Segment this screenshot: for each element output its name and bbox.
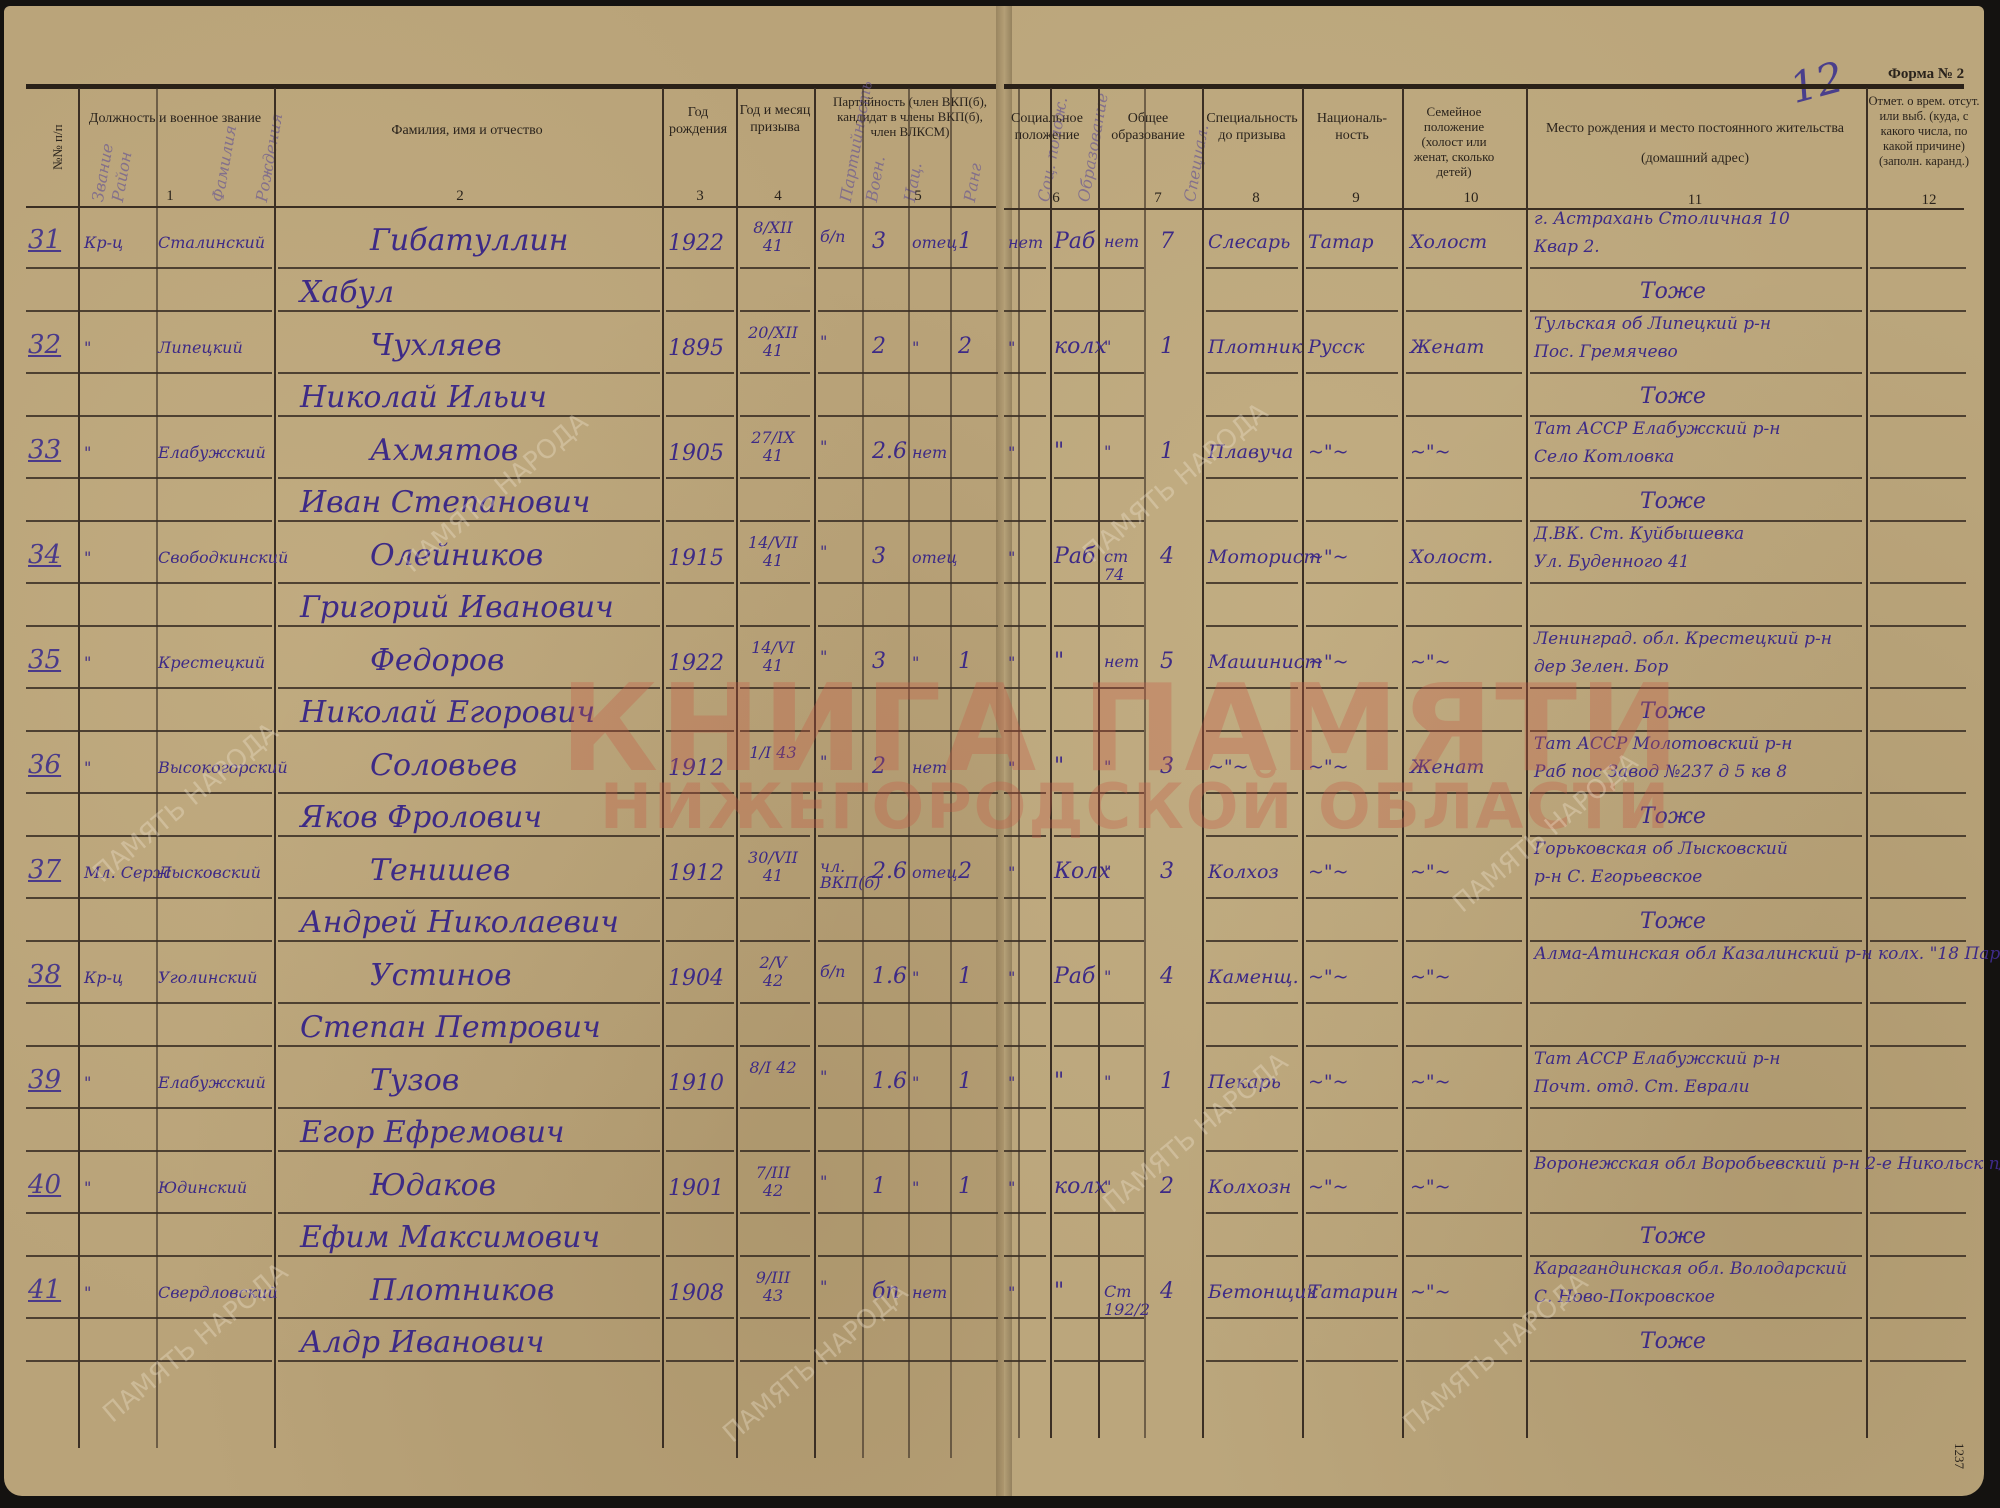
party-detail: 1 bbox=[958, 964, 972, 989]
specialty: Колхозн bbox=[1208, 1176, 1291, 1198]
row-line bbox=[278, 1317, 660, 1319]
row-number: 41 bbox=[28, 1275, 61, 1305]
row-line bbox=[1406, 267, 1522, 269]
row-line bbox=[1054, 267, 1144, 269]
row-line bbox=[82, 835, 272, 837]
row-line bbox=[1306, 372, 1398, 374]
conscription-date: 30/VII 41 bbox=[748, 849, 798, 885]
specialty: Слесарь bbox=[1208, 231, 1290, 253]
row-line bbox=[1530, 1317, 1862, 1319]
row-line bbox=[26, 1360, 82, 1362]
row-number: 34 bbox=[28, 540, 61, 570]
surname: Плотников bbox=[370, 1273, 554, 1308]
nationality: ~"~ bbox=[1308, 546, 1349, 568]
row-line bbox=[1206, 372, 1298, 374]
birth-year: 1915 bbox=[668, 546, 724, 571]
row-line bbox=[1054, 415, 1144, 417]
row-line bbox=[740, 520, 810, 522]
nationality: Русск bbox=[1308, 336, 1364, 358]
address-line: Почт. отд. Ст. Еврали bbox=[1534, 1077, 1750, 1097]
birth-year: 1895 bbox=[668, 336, 724, 361]
address-note: Тоже bbox=[1640, 279, 1706, 304]
row-line bbox=[1306, 310, 1398, 312]
row-line bbox=[740, 1045, 810, 1047]
social-status: " bbox=[1054, 1069, 1064, 1094]
birth-year: 1905 bbox=[668, 441, 724, 466]
address-line: Пос. Гремячево bbox=[1534, 342, 1678, 362]
row-line bbox=[1054, 1002, 1144, 1004]
address-line: Село Котловка bbox=[1534, 447, 1674, 467]
given-name: Егор Ефремович bbox=[300, 1115, 565, 1150]
address-line: Квар 2. bbox=[1534, 237, 1600, 257]
row-line bbox=[818, 1212, 998, 1214]
family-status: ~"~ bbox=[1410, 861, 1451, 883]
surname: Юдаков bbox=[370, 1168, 496, 1203]
family-status: ~"~ bbox=[1410, 1281, 1451, 1303]
given-name: Андрей Николаевич bbox=[300, 905, 619, 940]
rank: " bbox=[84, 548, 91, 567]
address-line: Тат АССР Елабужский р-н bbox=[1534, 1049, 1780, 1069]
social-status: " bbox=[1054, 1279, 1064, 1304]
row-line bbox=[278, 1002, 660, 1004]
row-line bbox=[1870, 625, 1966, 627]
row-line bbox=[1004, 625, 1046, 627]
col-number: 10 bbox=[1456, 190, 1486, 207]
social-status: колх bbox=[1054, 334, 1107, 359]
education: 1 bbox=[1160, 334, 1174, 359]
social-prefix: " bbox=[1008, 1283, 1015, 1302]
row-line bbox=[1406, 1212, 1522, 1214]
header-bottom-rule-right bbox=[1004, 208, 1964, 210]
row-line bbox=[818, 1045, 998, 1047]
social-prefix: " bbox=[1008, 863, 1015, 882]
row-line bbox=[666, 310, 734, 312]
specialty: Плотник bbox=[1208, 336, 1302, 358]
col-number: 12 bbox=[1914, 192, 1944, 209]
district: Елабужский bbox=[158, 1073, 266, 1092]
surname: Чухляев bbox=[370, 328, 502, 363]
row-line bbox=[666, 940, 734, 942]
row-line bbox=[1530, 1212, 1862, 1214]
nationality: Татарин bbox=[1308, 1281, 1398, 1303]
row-line bbox=[1870, 582, 1966, 584]
row-line bbox=[82, 310, 272, 312]
nationality: Татар bbox=[1308, 231, 1374, 253]
rank: " bbox=[84, 1283, 91, 1302]
address-note: Тоже bbox=[1640, 489, 1706, 514]
row-line bbox=[278, 477, 660, 479]
row-line bbox=[666, 1212, 734, 1214]
row-line bbox=[26, 625, 82, 627]
row-line bbox=[26, 477, 82, 479]
row-line bbox=[278, 582, 660, 584]
row-line bbox=[1306, 1150, 1398, 1152]
address-line: Алма-Атинская обл Казалинский р-н колх. … bbox=[1534, 944, 2000, 964]
row-line bbox=[82, 520, 272, 522]
row-line bbox=[26, 267, 82, 269]
header-col-num: №№ п/п bbox=[50, 124, 66, 170]
district: Липецкий bbox=[158, 338, 243, 357]
row-line bbox=[666, 1107, 734, 1109]
given-name: Степан Петрович bbox=[300, 1010, 601, 1045]
row-line bbox=[1004, 310, 1046, 312]
row-line bbox=[1870, 1360, 1966, 1362]
row-line bbox=[1054, 1212, 1144, 1214]
col-number: 1 bbox=[160, 188, 180, 205]
party: б/п bbox=[820, 964, 860, 980]
row-line bbox=[818, 897, 998, 899]
row-line bbox=[1530, 1150, 1862, 1152]
row-number: 37 bbox=[28, 855, 61, 885]
row-line bbox=[818, 1107, 998, 1109]
row-line bbox=[82, 477, 272, 479]
party-detail: 1.6 bbox=[872, 964, 907, 989]
row-line bbox=[26, 310, 82, 312]
row-line bbox=[666, 625, 734, 627]
party-detail: 1 bbox=[958, 229, 972, 254]
row-line bbox=[82, 1107, 272, 1109]
col-number: 9 bbox=[1346, 190, 1366, 207]
row-line bbox=[1406, 415, 1522, 417]
header-col3: Год рождения bbox=[662, 104, 734, 138]
row-line bbox=[26, 1045, 82, 1047]
row-line bbox=[1054, 372, 1144, 374]
row-line bbox=[818, 310, 998, 312]
given-name: Ефим Максимович bbox=[300, 1220, 600, 1255]
row-line bbox=[740, 310, 810, 312]
row-line bbox=[1530, 897, 1862, 899]
social-prefix: " bbox=[1008, 1178, 1015, 1197]
rank: " bbox=[84, 758, 91, 777]
surname: Тенишев bbox=[370, 853, 510, 888]
row-line bbox=[26, 687, 82, 689]
row-line bbox=[1870, 687, 1966, 689]
row-number: 39 bbox=[28, 1065, 61, 1095]
row-number: 35 bbox=[28, 645, 61, 675]
col-number: 11 bbox=[1680, 192, 1710, 209]
address-line: р-н С. Егорьевское bbox=[1534, 867, 1702, 887]
row-line bbox=[1870, 415, 1966, 417]
rank: " bbox=[84, 1073, 91, 1092]
row-line bbox=[818, 372, 998, 374]
party-detail: 2 bbox=[958, 334, 972, 359]
row-line bbox=[818, 477, 998, 479]
row-line bbox=[1054, 1150, 1144, 1152]
row-line bbox=[1306, 940, 1398, 942]
row-line bbox=[1306, 582, 1398, 584]
row-line bbox=[26, 730, 82, 732]
row-line bbox=[1004, 477, 1046, 479]
form-title: Форма № 2 bbox=[1888, 66, 1964, 83]
row-line bbox=[740, 625, 810, 627]
row-line bbox=[666, 415, 734, 417]
rank: Кр-ц bbox=[84, 968, 123, 987]
rank: " bbox=[84, 338, 91, 357]
row-line bbox=[1870, 1045, 1966, 1047]
family-status: Холост bbox=[1410, 231, 1487, 253]
conscription-date: 14/VII 41 bbox=[748, 534, 798, 570]
party-detail: 2.6 bbox=[872, 439, 907, 464]
rank: " bbox=[84, 653, 91, 672]
row-line bbox=[278, 267, 660, 269]
row-line bbox=[1004, 940, 1046, 942]
surname: Соловьев bbox=[370, 748, 517, 783]
surname: Устинов bbox=[370, 958, 512, 993]
party-detail: отец bbox=[912, 548, 957, 567]
row-line bbox=[26, 1107, 82, 1109]
party-detail: 2 bbox=[958, 859, 972, 884]
header-top-rule-right bbox=[1004, 84, 1964, 89]
row-line bbox=[666, 1360, 734, 1362]
row-line bbox=[1004, 582, 1046, 584]
surname: Тузов bbox=[370, 1063, 459, 1098]
address-line: Д.ВК. Ст. Куйбышевка bbox=[1534, 524, 1744, 544]
party-detail: 3 bbox=[872, 229, 886, 254]
birth-year: 1922 bbox=[668, 231, 724, 256]
given-name: Николай Егорович bbox=[300, 695, 595, 730]
birth-year: 1904 bbox=[668, 966, 724, 991]
district: Юдинский bbox=[158, 1178, 247, 1197]
row-line bbox=[26, 940, 82, 942]
row-line bbox=[1870, 835, 1966, 837]
address-note: Тоже bbox=[1640, 1224, 1706, 1249]
col-number: 3 bbox=[690, 188, 710, 205]
social-status: Раб bbox=[1054, 229, 1095, 254]
party-detail: " bbox=[912, 338, 919, 357]
row-line bbox=[278, 1107, 660, 1109]
row-line bbox=[1530, 582, 1862, 584]
row-line bbox=[1870, 1255, 1966, 1257]
row-line bbox=[1004, 1107, 1046, 1109]
family-status: Холост. bbox=[1410, 546, 1493, 568]
row-line bbox=[1004, 520, 1046, 522]
address-line: Ленинград. обл. Крестецкий р-н bbox=[1534, 629, 1832, 649]
row-line bbox=[1306, 1255, 1398, 1257]
birth-year: 1912 bbox=[668, 861, 724, 886]
family-status: ~"~ bbox=[1410, 1071, 1451, 1093]
row-line bbox=[278, 1360, 660, 1362]
row-line bbox=[1870, 477, 1966, 479]
header-col11: Место рождения и место постоянного жител… bbox=[1540, 114, 1850, 174]
education-prefix: " bbox=[1104, 443, 1140, 461]
row-line bbox=[1530, 1360, 1862, 1362]
row-number: 32 bbox=[28, 330, 61, 360]
row-line bbox=[818, 940, 998, 942]
row-line bbox=[1406, 372, 1522, 374]
specialty: Бетонщик bbox=[1208, 1281, 1318, 1303]
district: Уголинский bbox=[158, 968, 257, 987]
col-number: 4 bbox=[768, 188, 788, 205]
row-line bbox=[1530, 1045, 1862, 1047]
family-status: ~"~ bbox=[1410, 966, 1451, 988]
nationality: ~"~ bbox=[1308, 1176, 1349, 1198]
row-line bbox=[82, 372, 272, 374]
row-number: 40 bbox=[28, 1170, 61, 1200]
row-line bbox=[1530, 415, 1862, 417]
row-line bbox=[1004, 897, 1046, 899]
party-detail: " bbox=[912, 968, 919, 987]
row-line bbox=[26, 1150, 82, 1152]
row-line bbox=[666, 1255, 734, 1257]
row-line bbox=[26, 582, 82, 584]
row-line bbox=[1306, 1360, 1398, 1362]
rank: " bbox=[84, 443, 91, 462]
header-bottom-rule bbox=[26, 206, 996, 208]
row-line bbox=[26, 1317, 82, 1319]
row-line bbox=[1530, 1255, 1862, 1257]
row-line bbox=[82, 415, 272, 417]
surname: Федоров bbox=[370, 643, 504, 678]
row-line bbox=[1206, 1255, 1298, 1257]
header-col8: Специальность до призыва bbox=[1204, 110, 1300, 144]
row-line bbox=[1870, 1212, 1966, 1214]
row-line bbox=[740, 477, 810, 479]
row-line bbox=[1054, 940, 1144, 942]
row-line bbox=[1206, 267, 1298, 269]
row-line bbox=[818, 1360, 998, 1362]
row-line bbox=[82, 1212, 272, 1214]
row-line bbox=[740, 582, 810, 584]
row-line bbox=[740, 1255, 810, 1257]
col-number: 7 bbox=[1148, 190, 1168, 207]
row-line bbox=[740, 940, 810, 942]
row-line bbox=[1870, 372, 1966, 374]
row-line bbox=[1870, 1107, 1966, 1109]
row-line bbox=[1206, 310, 1298, 312]
row-line bbox=[278, 940, 660, 942]
row-line bbox=[818, 1002, 998, 1004]
header-col7: Общее образование bbox=[1100, 110, 1196, 144]
district: Сталинский bbox=[158, 233, 265, 252]
social-prefix: " bbox=[1008, 338, 1015, 357]
row-line bbox=[26, 415, 82, 417]
row-line bbox=[1306, 897, 1398, 899]
header-top-rule bbox=[26, 84, 996, 89]
row-line bbox=[1004, 1212, 1046, 1214]
row-line bbox=[82, 940, 272, 942]
row-line bbox=[1530, 940, 1862, 942]
party-detail: 1 bbox=[958, 1174, 972, 1199]
conscription-date: 8/XII 41 bbox=[748, 219, 798, 255]
row-line bbox=[278, 897, 660, 899]
row-number: 31 bbox=[28, 225, 61, 255]
row-line bbox=[1054, 1255, 1144, 1257]
address-line: Тульская об Липецкий р-н bbox=[1534, 314, 1771, 334]
row-line bbox=[818, 520, 998, 522]
district: Лысковский bbox=[158, 863, 261, 882]
row-line bbox=[1870, 310, 1966, 312]
row-line bbox=[1870, 730, 1966, 732]
row-line bbox=[82, 1255, 272, 1257]
row-line bbox=[1870, 940, 1966, 942]
row-line bbox=[818, 415, 998, 417]
row-line bbox=[666, 1150, 734, 1152]
row-line bbox=[1306, 520, 1398, 522]
row-line bbox=[1206, 1045, 1298, 1047]
row-line bbox=[1406, 582, 1522, 584]
education: 4 bbox=[1160, 544, 1174, 569]
row-number: 38 bbox=[28, 960, 61, 990]
row-line bbox=[1206, 897, 1298, 899]
row-line bbox=[1206, 520, 1298, 522]
row-line bbox=[1004, 1150, 1046, 1152]
row-line bbox=[818, 1150, 998, 1152]
rank: " bbox=[84, 1178, 91, 1197]
row-line bbox=[26, 1002, 82, 1004]
row-line bbox=[1004, 1317, 1046, 1319]
row-line bbox=[278, 1255, 660, 1257]
watermark-subtitle: НИЖЕГОРОДСКОЙ ОБЛАСТИ bbox=[600, 770, 1671, 843]
header-col1: Должность и военное звание bbox=[80, 110, 270, 127]
education: 7 bbox=[1160, 229, 1174, 254]
row-line bbox=[1306, 1107, 1398, 1109]
row-line bbox=[82, 897, 272, 899]
col-number: 8 bbox=[1246, 190, 1266, 207]
row-line bbox=[278, 310, 660, 312]
row-line bbox=[1054, 625, 1144, 627]
header-col12: Отмет. о врем. отсут. или выб. (куда, с … bbox=[1868, 94, 1980, 169]
social-status: Колх bbox=[1054, 859, 1111, 884]
row-line bbox=[666, 897, 734, 899]
row-line bbox=[26, 372, 82, 374]
row-line bbox=[1530, 1107, 1862, 1109]
education-prefix: нет bbox=[1104, 233, 1140, 251]
row-line bbox=[1870, 897, 1966, 899]
education-prefix: " bbox=[1104, 338, 1140, 356]
row-line bbox=[1406, 1317, 1522, 1319]
row-line bbox=[26, 520, 82, 522]
specialty: Каменщ. bbox=[1208, 966, 1299, 988]
grid-line bbox=[78, 88, 80, 1448]
row-line bbox=[818, 1255, 998, 1257]
party-detail: 3 bbox=[872, 544, 886, 569]
row-line bbox=[740, 1212, 810, 1214]
party-detail: отец bbox=[912, 233, 957, 252]
row-line bbox=[82, 1002, 272, 1004]
row-line bbox=[666, 1045, 734, 1047]
row-line bbox=[1206, 1150, 1298, 1152]
address-note: Тоже bbox=[1640, 1329, 1706, 1354]
address-line: Ул. Буденного 41 bbox=[1534, 552, 1690, 572]
row-line bbox=[82, 625, 272, 627]
row-line bbox=[818, 582, 998, 584]
row-line bbox=[1406, 310, 1522, 312]
education: 4 bbox=[1160, 1279, 1174, 1304]
party: " bbox=[820, 334, 860, 350]
row-line bbox=[1004, 1002, 1046, 1004]
row-line bbox=[26, 792, 82, 794]
row-line bbox=[740, 267, 810, 269]
row-line bbox=[1206, 1002, 1298, 1004]
row-line bbox=[1530, 372, 1862, 374]
row-line bbox=[1870, 1150, 1966, 1152]
row-line bbox=[1054, 1360, 1144, 1362]
row-line bbox=[1206, 582, 1298, 584]
row-line bbox=[1306, 625, 1398, 627]
birth-year: 1910 bbox=[668, 1071, 724, 1096]
row-line bbox=[278, 1150, 660, 1152]
education: 4 bbox=[1160, 964, 1174, 989]
row-line bbox=[1870, 1002, 1966, 1004]
social-status: Раб bbox=[1054, 964, 1095, 989]
nationality: ~"~ bbox=[1308, 441, 1349, 463]
row-line bbox=[1530, 520, 1862, 522]
row-line bbox=[1530, 1002, 1862, 1004]
row-line bbox=[278, 1212, 660, 1214]
party: " bbox=[820, 1279, 860, 1295]
specialty: Моторист bbox=[1208, 546, 1321, 568]
party-detail: нет bbox=[912, 1283, 947, 1302]
